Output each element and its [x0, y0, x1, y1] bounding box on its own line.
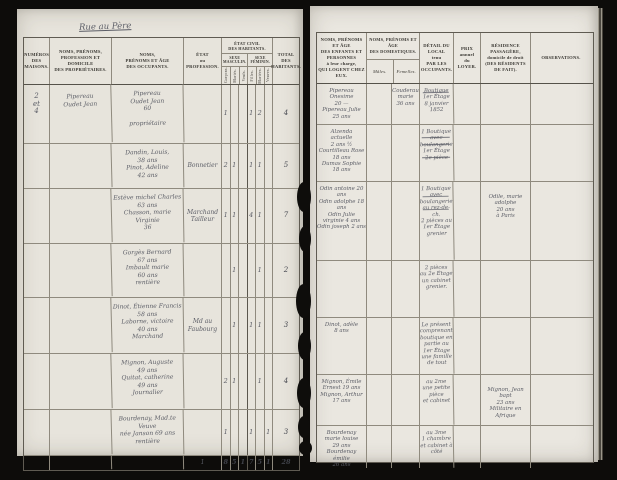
col-filles: Filles.	[248, 67, 256, 84]
civil-sex-groups: SEXE MASCULIN. Garçons. Mariés. Veufs. S…	[222, 54, 272, 84]
civil-male-group: SEXE MASCULIN. Garçons. Mariés. Veufs.	[222, 54, 248, 84]
cell-civil-count: 1	[248, 144, 257, 188]
col-veufs-label: Veufs.	[242, 70, 246, 81]
cell-profession	[184, 244, 222, 297]
cell-civil-count	[265, 144, 274, 188]
col-maries-label: Mariés.	[233, 69, 237, 83]
cell-children	[317, 261, 367, 317]
cell-domestics-male	[367, 125, 392, 181]
table-row: Gorgès Bernard 67 ans Imbault marie 60 a…	[24, 244, 299, 298]
cell-occupants: Bourdenay, Mad.te Veuve née Janson 69 an…	[112, 409, 185, 455]
cell-domestics-female	[392, 375, 420, 425]
header-temporary-residence: RÉSIDENCE PASSAGÈRE, domicile de droit (…	[481, 33, 531, 83]
page-tear-blob	[298, 416, 310, 438]
cell-local-detail: Le présent comprenant boutique en partie…	[420, 318, 455, 375]
cell-domestics-female	[392, 426, 420, 468]
page-tear-blob	[299, 441, 312, 455]
table-row: Mignon, Émile Ernest 19 ans Mignon, Arth…	[317, 375, 593, 426]
cell-local-detail: 1 Boutique avec boulangerie au rez-de-ch…	[419, 182, 454, 261]
header-domestics: NOMS, PRÉNOMS ET ÂGE DES DOMESTIQUES.	[367, 33, 419, 60]
cell-civil-count: 1	[222, 85, 231, 143]
header-profession: ÉTAT ou PROFESSION.	[184, 38, 222, 84]
cell-proprietor	[49, 243, 112, 298]
header-proprietors: NOMS, PRÉNOMS, PROFESSION ET DOMICILE DE…	[50, 38, 112, 84]
cell-domestics-male	[367, 182, 392, 260]
cell-civil-count	[239, 410, 248, 455]
totals-blank	[112, 455, 184, 470]
cell-civil-count	[239, 354, 248, 409]
cell-civil-count: 1	[256, 354, 265, 409]
cell-civil-count	[248, 354, 257, 409]
cell-observations	[531, 84, 591, 124]
cell-civil-count	[222, 298, 231, 353]
header-civil-status-group: ÉTAT CIVIL DES HABITANTS. SEXE MASCULIN.…	[222, 38, 273, 84]
cell-civil-count: 1	[265, 410, 274, 455]
cell-local-detail: au 2me une petite pièce et cabinet	[420, 375, 455, 426]
table-row: Estève michel Charles 63 ans Chasson, ma…	[24, 189, 299, 244]
right-table-header: NOMS, PRÉNOMS ET ÂGE DES ENFANTS ET PERS…	[317, 33, 593, 84]
domestics-subcolumns: Mâles. Femelles.	[367, 60, 419, 83]
cell-civil-count	[265, 85, 274, 143]
totals-blank	[50, 455, 112, 471]
col-garcons-label: Garçons.	[224, 67, 228, 83]
cell-total: 5	[273, 144, 299, 188]
cell-observations	[531, 375, 591, 425]
cell-total: 7	[273, 189, 299, 243]
totals-civil-count: 7	[248, 456, 257, 470]
left-table: NUMÉROS DES MAISONS. NOMS, PRÉNOMS, PROF…	[23, 37, 300, 471]
cell-domestics-male	[367, 426, 392, 468]
cell-occupants: Dinot, Étienne Francis 58 ans Laborne, v…	[112, 297, 185, 353]
cell-rent-price	[454, 84, 481, 124]
cell-rent-price	[454, 318, 481, 374]
cell-domestics-female: Couderau marie 36 ans	[392, 84, 420, 124]
page-tear-blob	[297, 378, 311, 408]
header-sex-feminin: SEXE FÉMININ.	[248, 54, 272, 67]
cell-children: Odin antoine 20 ans Odin adolphe 18 ans …	[317, 182, 367, 260]
totals-civil-count: 1	[239, 456, 248, 470]
header-children: NOMS, PRÉNOMS ET ÂGE DES ENFANTS ET PERS…	[317, 33, 367, 83]
left-table-header: NUMÉROS DES MAISONS. NOMS, PRÉNOMS, PROF…	[24, 38, 299, 85]
left-page: Rue au Père NUMÉROS DES MAISONS. NOMS, P…	[17, 9, 303, 456]
totals-grand-total: 28	[273, 456, 299, 470]
cell-domestics-male	[367, 375, 392, 425]
cell-civil-count: 1	[231, 298, 240, 353]
cell-house-number	[24, 410, 50, 455]
cell-civil-count	[248, 244, 257, 297]
col-filles-label: Filles.	[250, 70, 254, 82]
cell-civil-count	[265, 244, 274, 297]
cell-civil-count: 1	[248, 410, 257, 455]
cell-children: Alzenda actuelle 2 ans ½ Courtilleau Ros…	[317, 125, 367, 181]
cell-total: 2	[273, 244, 299, 297]
col-mariees-label: Mariées.	[258, 68, 262, 84]
cell-civil-count	[222, 244, 231, 297]
census-register-scan: Rue au Père NUMÉROS DES MAISONS. NOMS, P…	[0, 0, 617, 480]
cell-observations	[531, 318, 591, 374]
cell-civil-count: 2	[222, 354, 231, 409]
cell-civil-count: 1	[256, 244, 265, 297]
header-domestics-males: Mâles.	[367, 60, 394, 83]
cell-occupants: Estève michel Charles 63 ans Chasson, ma…	[112, 188, 185, 243]
totals-civil-count: 5	[256, 456, 265, 470]
cell-domestics-female	[392, 261, 420, 317]
cell-civil-count	[239, 85, 248, 143]
col-veufs: Veufs.	[240, 67, 248, 84]
cell-profession	[184, 410, 222, 455]
cell-local-detail: au 3me 1 chambre et cabinet à côté	[420, 426, 455, 469]
cell-civil-count: 2	[222, 144, 231, 188]
totals-row: 185175128	[24, 456, 299, 470]
table-row: Odin antoine 20 ans Odin adolphe 18 ans …	[317, 182, 593, 261]
male-subcolumns: Garçons. Mariés. Veufs.	[222, 67, 247, 84]
cell-rent-price	[454, 375, 481, 425]
cell-civil-count	[239, 298, 248, 353]
page-tear-blob	[297, 182, 311, 212]
cell-observations	[531, 125, 591, 181]
cell-profession	[184, 354, 222, 409]
cell-occupants: Dandin, Louis, 38 ans Pinot, Adeline 42 …	[112, 143, 185, 188]
cell-temporary-residence	[481, 125, 531, 181]
civil-female-group: SEXE FÉMININ. Filles. Mariées. Veuves.	[248, 54, 272, 84]
cell-civil-count	[231, 85, 240, 143]
page-tear-blob	[299, 226, 311, 252]
cell-domestics-female	[392, 318, 420, 374]
cell-domestics-male	[367, 84, 392, 124]
cell-occupants: Mignon, Auguste 49 ans Quitat, catherine…	[112, 353, 185, 409]
header-rent-price: PRIX annuel du LOYER.	[454, 33, 481, 83]
cell-proprietor	[49, 188, 112, 244]
cell-temporary-residence: Odile, marie adolphe 20 ans à Paris	[481, 182, 531, 260]
cell-domestics-female	[392, 182, 420, 260]
cell-proprietor	[49, 353, 112, 410]
header-house-number: NUMÉROS DES MAISONS.	[24, 38, 50, 84]
street-annotation: Rue au Père	[79, 21, 132, 33]
right-page: NOMS, PRÉNOMS ET ÂGE DES ENFANTS ET PERS…	[310, 6, 598, 462]
col-mariees: Mariées.	[257, 67, 265, 84]
header-observations: OBSERVATIONS.	[531, 33, 591, 83]
cell-rent-price	[454, 182, 481, 260]
table-row: 2 pièces au 2e Étage un cabinet grenier.	[317, 261, 593, 318]
totals-profession-mark: 1	[184, 456, 222, 470]
table-row: Alzenda actuelle 2 ans ½ Courtilleau Ros…	[317, 125, 593, 182]
cell-temporary-residence: Mignon, Jean bapt 23 ans Militaire en Af…	[481, 375, 531, 425]
cell-rent-price	[454, 426, 481, 468]
table-row: Dinot, adèle 8 ansLe présent comprenant …	[317, 318, 593, 375]
cell-total: 4	[273, 85, 299, 143]
page-tear-blob	[298, 332, 311, 360]
cell-civil-count: 2	[256, 85, 265, 143]
cell-house-number	[24, 354, 50, 409]
page-tear-blob	[296, 284, 311, 318]
table-row: Pipereau Onesime 20 — Pipereau Julie 25 …	[317, 84, 593, 125]
cell-proprietor: Pipereau Oudet Jean	[49, 84, 112, 144]
col-maries: Mariés.	[231, 67, 240, 84]
cell-children: Pipereau Onesime 20 — Pipereau Julie 25 …	[317, 84, 367, 124]
cell-civil-count	[239, 144, 248, 188]
cell-proprietor	[49, 297, 112, 354]
header-civil-status: ÉTAT CIVIL DES HABITANTS.	[222, 38, 272, 54]
header-local-detail: DÉTAIL DU LOCAL tenu PAR LES OCCUPANTS.	[420, 33, 454, 83]
totals-blank	[24, 456, 50, 470]
table-row: Dinot, Étienne Francis 58 ans Laborne, v…	[24, 298, 299, 354]
cell-temporary-residence	[481, 261, 531, 317]
cell-total: 4	[273, 354, 299, 409]
header-domestics-group: NOMS, PRÉNOMS ET ÂGE DES DOMESTIQUES. Mâ…	[367, 33, 420, 83]
header-sex-masculin: SEXE MASCULIN.	[222, 54, 247, 67]
cell-civil-count	[256, 410, 265, 455]
book-page-edges	[598, 8, 603, 460]
cell-civil-count: 1	[256, 298, 265, 353]
table-row: Bourdenay, Mad.te Veuve née Janson 69 an…	[24, 410, 299, 456]
cell-house-number	[24, 189, 50, 243]
cell-temporary-residence	[481, 426, 531, 468]
cell-civil-count	[231, 410, 240, 455]
cell-profession: Bonnetier	[184, 144, 222, 188]
cell-proprietor	[49, 409, 112, 456]
cell-civil-count: 1	[248, 298, 257, 353]
cell-total: 3	[273, 298, 299, 353]
col-veuves-label: Veuves.	[266, 68, 270, 82]
cell-civil-count: 4	[248, 189, 257, 243]
cell-house-number: 2 et 4	[24, 85, 50, 143]
cell-civil-count: 1	[248, 85, 257, 143]
cell-rent-price	[454, 261, 481, 317]
cell-civil-count: 1	[231, 144, 240, 188]
cell-children: Bourdenay marie louise 29 ans Bourdenay …	[317, 426, 367, 468]
table-row: Mignon, Auguste 49 ans Quitat, catherine…	[24, 354, 299, 410]
cell-civil-count: 1	[222, 189, 231, 243]
right-table: NOMS, PRÉNOMS ET ÂGE DES ENFANTS ET PERS…	[316, 32, 594, 463]
cell-local-detail: Boutique 1er Étage 8 janvier 1852	[420, 84, 455, 125]
cell-rent-price	[454, 125, 481, 181]
table-row: Dandin, Louis, 38 ans Pinot, Adeline 42 …	[24, 144, 299, 189]
cell-temporary-residence	[481, 318, 531, 374]
header-domestics-females: Femelles.	[394, 60, 420, 83]
cell-civil-count: 1	[231, 244, 240, 297]
cell-temporary-residence	[481, 84, 531, 124]
cell-civil-count: 1	[222, 410, 231, 455]
table-row: 2 et 4Pipereau Oudet JeanPipereau Oudet …	[24, 85, 299, 144]
cell-profession	[184, 85, 222, 143]
cell-house-number	[24, 244, 50, 297]
cell-civil-count: 1	[231, 189, 240, 243]
cell-house-number	[24, 298, 50, 353]
cell-total: 3	[273, 410, 299, 455]
cell-children: Dinot, adèle 8 ans	[317, 318, 367, 374]
cell-occupants: Gorgès Bernard 67 ans Imbault marie 60 a…	[112, 243, 185, 297]
cell-civil-count: 1	[256, 189, 265, 243]
left-table-body: 2 et 4Pipereau Oudet JeanPipereau Oudet …	[24, 85, 299, 470]
cell-profession: Md au Faubourg	[184, 298, 222, 353]
cell-civil-count	[239, 244, 248, 297]
cell-occupants: Pipereau Oudet Jean 60 propriétaire	[111, 84, 184, 143]
cell-observations	[531, 261, 591, 317]
cell-civil-count	[239, 189, 248, 243]
cell-children: Mignon, Émile Ernest 19 ans Mignon, Arth…	[317, 375, 367, 425]
cell-profession: Marchand Tailleur	[184, 189, 222, 243]
right-table-body: Pipereau Onesime 20 — Pipereau Julie 25 …	[317, 84, 593, 462]
cell-domestics-male	[367, 318, 392, 374]
cell-house-number	[24, 144, 50, 188]
cell-domestics-female	[392, 125, 420, 181]
cell-observations	[531, 182, 591, 260]
totals-civil-count: 1	[265, 456, 274, 470]
cell-local-detail: 1 Boutique avec boulangerie 1er Étage 2e…	[420, 125, 455, 182]
cell-local-detail: 2 pièces au 2e Étage un cabinet grenier.	[420, 261, 455, 318]
totals-civil-count: 5	[231, 456, 240, 470]
totals-civil-count: 8	[222, 456, 231, 470]
cell-proprietor	[49, 143, 112, 189]
header-total: TOTAL DES HABITANTS.	[273, 38, 299, 84]
table-row: Bourdenay marie louise 29 ans Bourdenay …	[317, 426, 593, 462]
cell-civil-count	[265, 298, 274, 353]
cell-observations	[531, 426, 591, 468]
cell-civil-count	[265, 189, 274, 243]
header-occupants: NOMS, PRÉNOMS ET ÂGE DES OCCUPANTS.	[112, 38, 184, 84]
female-subcolumns: Filles. Mariées. Veuves.	[248, 67, 272, 84]
cell-domestics-male	[367, 261, 392, 317]
col-garcons: Garçons.	[222, 67, 231, 84]
cell-civil-count: 1	[231, 354, 240, 409]
cell-civil-count: 1	[256, 144, 265, 188]
cell-civil-count	[265, 354, 274, 409]
